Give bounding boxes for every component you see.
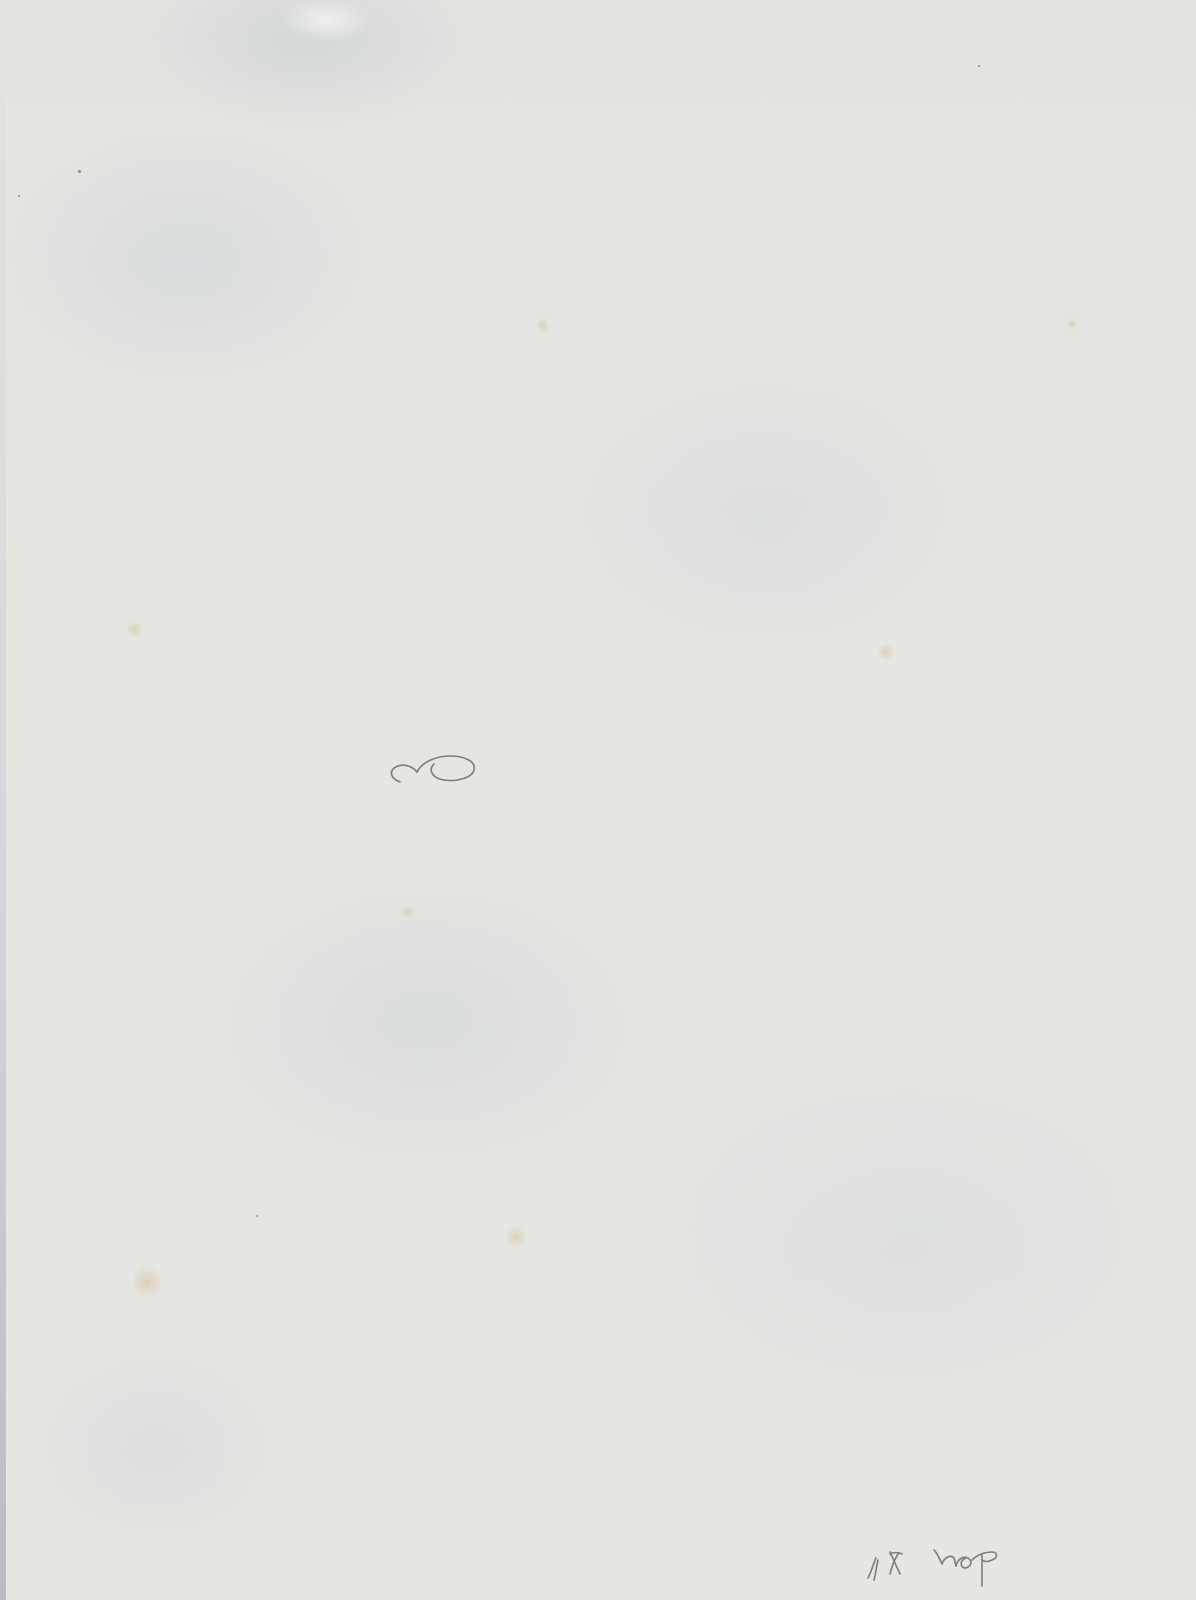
paper-stain bbox=[506, 1225, 526, 1249]
paper-stain bbox=[134, 1262, 160, 1302]
handwritten-bottom-note: 1X inop bbox=[864, 1540, 1034, 1590]
center-mark-text: 3 bbox=[484, 748, 485, 749]
paper-speck bbox=[978, 65, 980, 67]
bottom-note-text: 1X inop bbox=[1034, 1540, 1035, 1541]
paper-stain bbox=[536, 318, 550, 332]
handwritten-page-mark: 3 bbox=[384, 748, 484, 788]
paper-stain bbox=[126, 620, 144, 638]
paper-speck bbox=[78, 170, 81, 173]
paper-speck bbox=[256, 1215, 258, 1217]
paper-stain bbox=[401, 905, 415, 919]
paper-crease bbox=[256, 0, 376, 70]
paper-stain bbox=[878, 642, 894, 662]
paper-stain bbox=[1066, 318, 1078, 330]
paper-sheet: 3 1X inop bbox=[6, 0, 1196, 1600]
paper-speck bbox=[18, 195, 20, 197]
